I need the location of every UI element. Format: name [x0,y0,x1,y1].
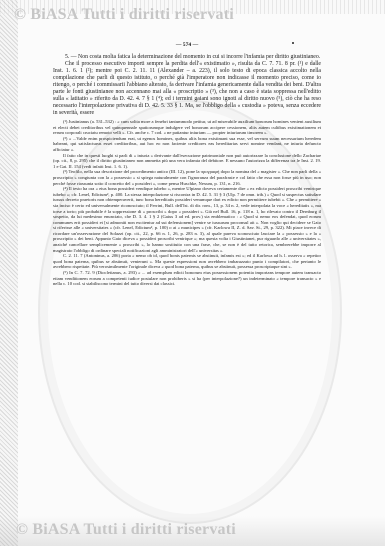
scan-noise-left [0,0,18,546]
copyright-watermark-top: © BiASA Tutti i diritti riservati [14,6,234,24]
page-number: — 574 — [53,42,321,48]
footnote: (⁴) Il testo ha ora « eius bona possider… [53,186,321,253]
footnote: (²) « ...Valde enim prospiciendum erat, … [53,136,321,153]
body-paragraph: 5. — Non costa molta fatica la determina… [53,54,321,61]
footnote: C. 2. 11. 7 (Antoninus, a. 206) porta « … [53,253,321,270]
body-paragraph: Che il processo esecutivo importi sempre… [53,61,321,117]
footnote: (¹) Justinianus (a. 531–532) : « cum sol… [53,119,321,136]
footnote: (³) Teofilo, nella sua descrizione del p… [53,169,321,186]
footnote: Il fatto che in questi luoghi si parli d… [53,153,321,170]
footnote: (⁵) In C. 7. 72. 9 (Diocletianus, a. 293… [53,270,321,287]
document-page: — 574 — 5. — Non costa molta fatica la d… [53,42,321,287]
footnotes: (¹) Justinianus (a. 531–532) : « cum sol… [53,119,321,287]
copyright-watermark-bottom: © BiASA Tutti i diritti riservati [16,521,236,539]
